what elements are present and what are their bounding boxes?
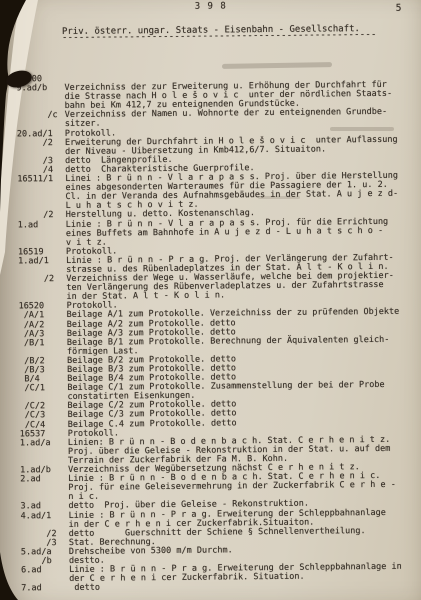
entry-label: /C/1 bbox=[19, 384, 67, 394]
entry-label: 2.ad bbox=[20, 475, 68, 485]
entry-label: 4.ad/1 bbox=[21, 511, 69, 521]
entry-label: 1.ad/a bbox=[20, 439, 68, 449]
scanned-page: 3 9 8 5 Priv. österr. ungar. Staats - Ei… bbox=[0, 0, 421, 600]
entry-row: 2.adLinie : B r ü n n - B o d e n b a c … bbox=[20, 472, 421, 503]
entry-label: 7.ad bbox=[21, 584, 69, 594]
entry-text bbox=[64, 72, 419, 75]
entry-text: Linie : B r ü n n - B o d e n b a c h. S… bbox=[68, 472, 421, 503]
page-number-right: 5 bbox=[396, 3, 402, 14]
entry-label: 1.ad bbox=[18, 220, 66, 230]
entry-label: /2 bbox=[17, 139, 65, 149]
entry-label: 16511/1 bbox=[17, 175, 65, 185]
entry-label: /c bbox=[17, 111, 65, 121]
entry-text: Linie : B r ü n n - V l a r a p a s s. P… bbox=[66, 217, 421, 248]
entry-label: 6.ad bbox=[21, 566, 69, 576]
entry-list: 165009.ad/bVerzeichniss der zur Erweiter… bbox=[16, 72, 421, 594]
entry-row: 7.ad detto bbox=[21, 581, 421, 594]
entry-text: Linien: B r ü n n - B o d e n b a c h. S… bbox=[68, 435, 421, 466]
entry-label: /2 bbox=[18, 275, 66, 285]
entry-text: Linei : B r ü n n - V l a r a p a s s. P… bbox=[65, 172, 420, 212]
document-content: 3 9 8 5 Priv. österr. ungar. Staats - Ei… bbox=[0, 0, 421, 600]
entry-row: 16511/1Linei : B r ü n n - V l a r a p a… bbox=[17, 172, 420, 212]
entry-row: /2Verzeichniss der Wege u. Wasserläufe, … bbox=[18, 272, 421, 303]
title-underline: ----------------------------------------… bbox=[62, 32, 377, 41]
page-number-center: 3 9 8 bbox=[195, 1, 227, 11]
title-block: Priv. österr. ungar. Staats - Eisenbahn … bbox=[62, 24, 377, 41]
entry-row: 1.ad/aLinien: B r ü n n - B o d e n b a … bbox=[20, 435, 421, 466]
entry-label: /B/1 bbox=[19, 339, 67, 349]
entry-row: 1.adLinie : B r ü n n - V l a r a p a s … bbox=[18, 217, 421, 248]
entry-label: 1.ad/1 bbox=[18, 257, 66, 267]
entry-text: Verzeichniss der Wege u. Wasserläufe, we… bbox=[66, 272, 421, 303]
